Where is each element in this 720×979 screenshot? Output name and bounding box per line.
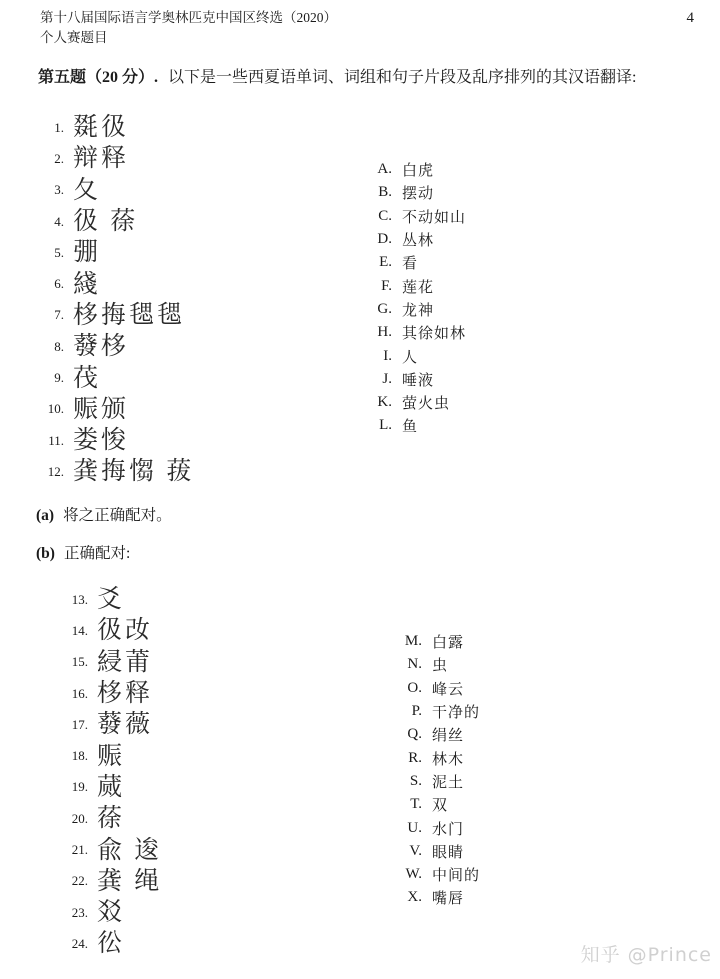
option-text: 莲花 xyxy=(402,276,434,297)
translation-l: L.鱼 xyxy=(362,414,466,437)
tangut-item-12: 12.龚挴㥮 菝 xyxy=(40,456,194,487)
tangut-glyphs: 彶 蒣 xyxy=(73,209,138,234)
translation-f: F.莲花 xyxy=(362,274,466,297)
option-letter: K. xyxy=(362,394,392,411)
option-text: 双 xyxy=(432,794,448,815)
translation-v: V.眼睛 xyxy=(392,840,480,863)
translation-i: I.人 xyxy=(362,344,466,367)
tangut-glyphs: 赈 xyxy=(97,744,125,769)
option-text: 泥土 xyxy=(432,771,464,792)
tangut-item-11: 11.娄悛 xyxy=(40,425,194,456)
item-number: 4. xyxy=(40,214,64,230)
option-letter: E. xyxy=(362,254,392,271)
tangut-item-17: 17.蕟薇 xyxy=(60,709,162,740)
tangut-glyphs: 蒇 xyxy=(97,775,125,800)
problem-intro: 以下是一些西夏语单词、词组和句子片段及乱序排列的其汉语翻译: xyxy=(168,69,636,86)
tangut-glyphs: 兪 逡 xyxy=(97,838,162,863)
item-number: 2. xyxy=(40,151,64,167)
translation-k: K.萤火虫 xyxy=(362,391,466,414)
item-number: 13. xyxy=(60,592,88,608)
option-text: 白虎 xyxy=(402,159,434,180)
option-letter: J. xyxy=(362,371,392,388)
tangut-item-21: 21.兪 逡 xyxy=(60,834,162,865)
item-number: 5. xyxy=(40,245,64,261)
tangut-glyphs: 辩释 xyxy=(73,146,129,171)
tangut-item-13: 13.爻 xyxy=(60,584,162,615)
item-number: 11. xyxy=(40,433,64,449)
item-number: 17. xyxy=(60,717,88,733)
option-letter: P. xyxy=(392,703,422,720)
option-letter: G. xyxy=(362,301,392,318)
tangut-item-9: 9.茷 xyxy=(40,362,194,393)
option-letter: F. xyxy=(362,278,392,295)
option-text: 鱼 xyxy=(402,415,418,436)
tangut-glyphs: 栘挴毸毸 xyxy=(73,303,185,328)
zhihu-watermark: 知乎 @Prince xyxy=(581,940,712,967)
page-number: 4 xyxy=(687,10,695,27)
tangut-item-23: 23.㸚 xyxy=(60,897,162,928)
option-text: 眼睛 xyxy=(432,841,464,862)
item-number: 21. xyxy=(60,842,88,858)
tangut-glyphs: 弸 xyxy=(73,240,101,265)
part-b-label: (b) xyxy=(36,545,55,562)
item-number: 3. xyxy=(40,182,64,198)
tangut-item-2: 2.辩释 xyxy=(40,143,194,174)
header-subtitle: 个人赛题目 xyxy=(40,28,337,48)
option-text: 虫 xyxy=(432,654,448,675)
translation-c: C.不动如山 xyxy=(362,205,466,228)
option-text: 水门 xyxy=(432,818,464,839)
translation-m: M.白露 xyxy=(392,630,480,653)
option-letter: T. xyxy=(392,796,422,813)
header-contest-title: 第十八届国际语言学奥林匹克中国区终选（2020） xyxy=(40,8,337,28)
tangut-glyphs: 爻 xyxy=(97,587,125,612)
part-a-text: 将之正确配对。 xyxy=(63,507,172,524)
option-letter: U. xyxy=(392,820,422,837)
tangut-item-1: 1.毲彶 xyxy=(40,112,194,143)
part-a: (a)将之正确配对。 xyxy=(36,503,172,525)
tangut-glyphs: 㸚 xyxy=(97,900,125,925)
item-number: 24. xyxy=(60,936,88,952)
tangut-item-4: 4.彶 蒣 xyxy=(40,206,194,237)
tangut-item-3: 3.夂 xyxy=(40,175,194,206)
tangut-glyphs: 赈颁 xyxy=(73,397,129,422)
option-text: 人 xyxy=(402,346,418,367)
tangut-item-14: 14.彶妀 xyxy=(60,615,162,646)
tangut-glyphs: 毲彶 xyxy=(73,115,129,140)
tangut-item-10: 10.赈颁 xyxy=(40,394,194,425)
option-text: 龙神 xyxy=(402,299,434,320)
translation-r: R.林木 xyxy=(392,746,480,769)
translation-x: X.嘴唇 xyxy=(392,886,480,909)
translation-list-m-x: M.白露 N.虫 O.峰云 P.干净的 Q.绢丝 R.林木 S.泥土 T.双 U… xyxy=(392,630,480,910)
option-letter: D. xyxy=(362,231,392,248)
tangut-glyphs: 綫 xyxy=(73,272,101,297)
item-number: 18. xyxy=(60,748,88,764)
translation-t: T.双 xyxy=(392,793,480,816)
option-letter: O. xyxy=(392,680,422,697)
option-letter: Q. xyxy=(392,726,422,743)
option-letter: L. xyxy=(362,417,392,434)
item-number: 15. xyxy=(60,654,88,670)
translation-w: W.中间的 xyxy=(392,863,480,886)
translation-a: A.白虎 xyxy=(362,158,466,181)
tangut-glyphs: 綅莆 xyxy=(97,650,153,675)
problem-title: 第五题（20 分）.以下是一些西夏语单词、词组和句子片段及乱序排列的其汉语翻译: xyxy=(38,64,636,87)
option-letter: R. xyxy=(392,750,422,767)
option-letter: N. xyxy=(392,656,422,673)
tangut-item-16: 16.栘释 xyxy=(60,678,162,709)
item-number: 6. xyxy=(40,276,64,292)
option-letter: V. xyxy=(392,843,422,860)
tangut-glyphs: 夂 xyxy=(73,178,101,203)
option-letter: X. xyxy=(392,889,422,906)
option-text: 绢丝 xyxy=(432,724,464,745)
tangut-item-22: 22.龚 绳 xyxy=(60,866,162,897)
page-header: 第十八届国际语言学奥林匹克中国区终选（2020） 个人赛题目 xyxy=(40,8,337,48)
option-text: 丛林 xyxy=(402,229,434,250)
item-number: 16. xyxy=(60,686,88,702)
translation-list-a-l: A.白虎 B.摆动 C.不动如山 D.丛林 E.看 F.莲花 G.龙神 H.其徐… xyxy=(362,158,466,438)
tangut-glyphs: 蕟栘 xyxy=(73,334,129,359)
translation-s: S.泥土 xyxy=(392,770,480,793)
option-letter: W. xyxy=(392,866,422,883)
part-b: (b)正确配对: xyxy=(36,541,130,563)
translation-n: N.虫 xyxy=(392,653,480,676)
option-text: 峰云 xyxy=(432,678,464,699)
translation-u: U.水门 xyxy=(392,816,480,839)
tangut-item-15: 15.綅莆 xyxy=(60,647,162,678)
option-text: 摆动 xyxy=(402,182,434,203)
translation-h: H.其徐如林 xyxy=(362,321,466,344)
option-text: 唾液 xyxy=(402,369,434,390)
item-number: 7. xyxy=(40,307,64,323)
tangut-item-6: 6.綫 xyxy=(40,268,194,299)
option-text: 不动如山 xyxy=(402,206,466,227)
option-letter: I. xyxy=(362,348,392,365)
item-number: 20. xyxy=(60,811,88,827)
option-letter: M. xyxy=(392,633,422,650)
tangut-glyphs: 蕟薇 xyxy=(97,712,153,737)
part-a-label: (a) xyxy=(36,507,54,524)
item-number: 9. xyxy=(40,370,64,386)
tangut-item-8: 8.蕟栘 xyxy=(40,331,194,362)
translation-e: E.看 xyxy=(362,251,466,274)
translation-g: G.龙神 xyxy=(362,298,466,321)
item-number: 22. xyxy=(60,873,88,889)
part-b-text: 正确配对: xyxy=(64,545,130,562)
translation-d: D.丛林 xyxy=(362,228,466,251)
translation-j: J.唾液 xyxy=(362,368,466,391)
tangut-item-5: 5.弸 xyxy=(40,237,194,268)
option-text: 白露 xyxy=(432,631,464,652)
option-text: 中间的 xyxy=(432,864,480,885)
item-number: 8. xyxy=(40,339,64,355)
tangut-item-20: 20.蒣 xyxy=(60,803,162,834)
option-text: 林木 xyxy=(432,748,464,769)
option-text: 嘴唇 xyxy=(432,887,464,908)
translation-o: O.峰云 xyxy=(392,677,480,700)
translation-q: Q.绢丝 xyxy=(392,723,480,746)
option-letter: C. xyxy=(362,208,392,225)
tangut-glyphs: 龚 绳 xyxy=(97,869,162,894)
tangut-glyphs: 茷 xyxy=(73,366,101,391)
option-letter: B. xyxy=(362,184,392,201)
tangut-glyphs: 龚挴㥮 菝 xyxy=(73,459,194,484)
tangut-glyphs: 娄悛 xyxy=(73,428,129,453)
tangut-glyphs: 蒣 xyxy=(97,806,125,831)
tangut-word-list-1-12: 1.毲彶 2.辩释 3.夂 4.彶 蒣 5.弸 6.綫 7.栘挴毸毸 8.蕟栘 … xyxy=(40,112,194,488)
tangut-word-list-13-24: 13.爻 14.彶妀 15.綅莆 16.栘释 17.蕟薇 18.赈 19.蒇 2… xyxy=(60,584,162,960)
tangut-item-18: 18.赈 xyxy=(60,740,162,771)
option-text: 看 xyxy=(402,252,418,273)
problem-number-label: 第五题（20 分）. xyxy=(38,69,158,86)
item-number: 19. xyxy=(60,779,88,795)
tangut-glyphs: 彶妀 xyxy=(97,618,153,643)
tangut-item-19: 19.蒇 xyxy=(60,772,162,803)
option-text: 萤火虫 xyxy=(402,392,450,413)
translation-b: B.摆动 xyxy=(362,181,466,204)
translation-p: P.干净的 xyxy=(392,700,480,723)
item-number: 10. xyxy=(40,401,64,417)
tangut-glyphs: 彸 xyxy=(97,931,125,956)
option-letter: S. xyxy=(392,773,422,790)
item-number: 23. xyxy=(60,905,88,921)
option-letter: A. xyxy=(362,161,392,178)
item-number: 12. xyxy=(40,464,64,480)
tangut-glyphs: 栘释 xyxy=(97,681,153,706)
option-text: 干净的 xyxy=(432,701,480,722)
tangut-item-7: 7.栘挴毸毸 xyxy=(40,300,194,331)
option-letter: H. xyxy=(362,324,392,341)
tangut-item-24: 24.彸 xyxy=(60,928,162,959)
option-text: 其徐如林 xyxy=(402,322,466,343)
document-page: 第十八届国际语言学奥林匹克中国区终选（2020） 个人赛题目 4 第五题（20 … xyxy=(0,0,720,979)
item-number: 1. xyxy=(40,120,64,136)
item-number: 14. xyxy=(60,623,88,639)
